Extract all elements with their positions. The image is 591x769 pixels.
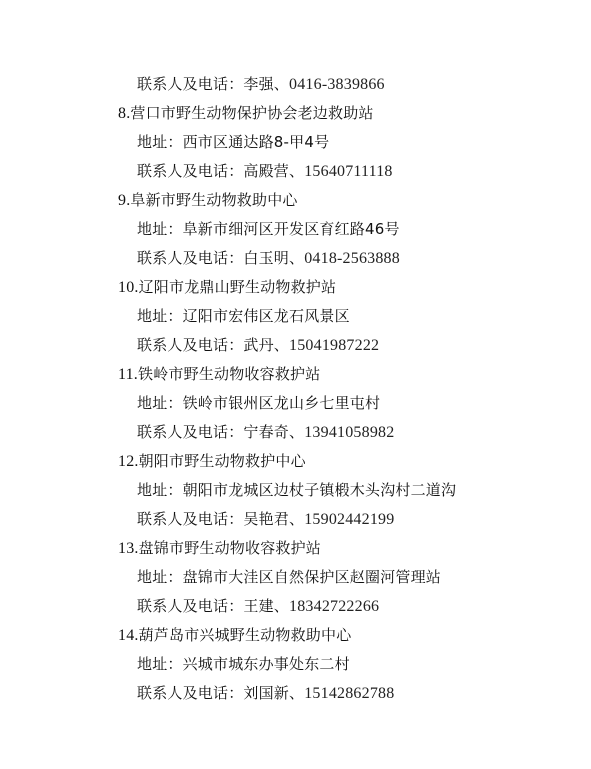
station-number: 12. [118,453,139,470]
station-name: 葫芦岛市兴城野生动物救助中心 [139,626,352,644]
contact-label: 联系人及电话： [137,597,243,615]
contact-line: 联系人及电话：白玉明、0418-2563888 [0,244,591,273]
station-number: 9. [118,192,130,209]
contact-name: 李强、 [243,75,289,93]
contact-line: 联系人及电话：刘国新、15142862788 [0,679,591,708]
address-label: 地址： [137,394,183,412]
contact-line: 联系人及电话：高殿营、15640711118 [0,157,591,186]
station-name: 朝阳市野生动物救护中心 [139,452,306,470]
contact-line: 联系人及电话：武丹、15041987222 [0,331,591,360]
address-text: 朝阳市龙城区边杖子镇椴木头沟村二道沟 [183,481,457,499]
contact-name: 刘国新、 [243,684,304,702]
address-label: 地址： [137,481,183,499]
contact-label: 联系人及电话： [137,162,243,180]
address-label: 地址： [137,133,183,151]
address-label: 地址： [137,568,183,586]
contact-phone: 15142862788 [304,685,394,702]
station-heading: 8.营口市野生动物保护协会老边救助站 [0,99,591,128]
address-line: 地址：辽阳市宏伟区龙石风景区 [0,302,591,331]
contact-phone: 15041987222 [289,337,379,354]
contact-label: 联系人及电话： [137,684,243,702]
address-line: 地址：西市区通达路8-甲4号 [0,128,591,157]
address-label: 地址： [137,307,183,325]
contact-line: 联系人及电话：王建、18342722266 [0,592,591,621]
station-heading: 12.朝阳市野生动物救护中心 [0,447,591,476]
address-text: 辽阳市宏伟区龙石风景区 [183,307,350,325]
contact-line: 联系人及电话：吴艳君、15902442199 [0,505,591,534]
contact-name: 高殿营、 [243,162,304,180]
contact-phone: 13941058982 [304,424,394,441]
contact-phone: 15640711118 [304,163,392,180]
address-text: 阜新市细河区开发区育红路46号 [183,220,400,238]
station-name: 营口市野生动物保护协会老边救助站 [130,104,373,122]
station-number: 10. [118,279,139,296]
address-text: 兴城市城东办事处东二村 [183,655,350,673]
station-heading: 9.阜新市野生动物救助中心 [0,186,591,215]
station-heading: 13.盘锦市野生动物收容救护站 [0,534,591,563]
address-line: 地址：朝阳市龙城区边杖子镇椴木头沟村二道沟 [0,476,591,505]
contact-name: 武丹、 [243,336,289,354]
address-text: 西市区通达路8-甲4号 [183,133,330,151]
contact-name: 吴艳君、 [243,510,304,528]
address-label: 地址： [137,655,183,673]
contact-line: 联系人及电话：宁春奇、13941058982 [0,418,591,447]
contact-name: 王建、 [243,597,289,615]
address-line: 地址：盘锦市大洼区自然保护区赵圈河管理站 [0,563,591,592]
station-heading: 14.葫芦岛市兴城野生动物救助中心 [0,621,591,650]
address-label: 地址： [137,220,183,238]
station-number: 11. [118,366,138,383]
contact-phone: 0418-2563888 [304,250,400,267]
contact-name: 白玉明、 [243,249,304,267]
contact-label: 联系人及电话： [137,75,243,93]
station-number: 8. [118,105,130,122]
contact-label: 联系人及电话： [137,336,243,354]
contact-name: 宁春奇、 [243,423,304,441]
document-body: 联系人及电话：李强、0416-3839866 8.营口市野生动物保护协会老边救助… [0,70,591,708]
station-name: 阜新市野生动物救助中心 [130,191,297,209]
station-name: 铁岭市野生动物收容救护站 [138,365,320,383]
address-line: 地址：兴城市城东办事处东二村 [0,650,591,679]
address-line: 地址：阜新市细河区开发区育红路46号 [0,215,591,244]
station-number: 14. [118,627,139,644]
address-text: 盘锦市大洼区自然保护区赵圈河管理站 [183,568,441,586]
contact-phone: 15902442199 [304,511,394,528]
station-name: 辽阳市龙鼎山野生动物救护站 [139,278,337,296]
contact-phone: 0416-3839866 [289,76,385,93]
address-line: 地址：铁岭市银州区龙山乡七里屯村 [0,389,591,418]
station-number: 13. [118,540,139,557]
address-text: 铁岭市银州区龙山乡七里屯村 [183,394,381,412]
contact-line: 联系人及电话：李强、0416-3839866 [0,70,591,99]
contact-label: 联系人及电话： [137,510,243,528]
contact-label: 联系人及电话： [137,423,243,441]
contact-phone: 18342722266 [289,598,379,615]
station-heading: 11.铁岭市野生动物收容救护站 [0,360,591,389]
station-heading: 10.辽阳市龙鼎山野生动物救护站 [0,273,591,302]
contact-label: 联系人及电话： [137,249,243,267]
station-name: 盘锦市野生动物收容救护站 [139,539,321,557]
